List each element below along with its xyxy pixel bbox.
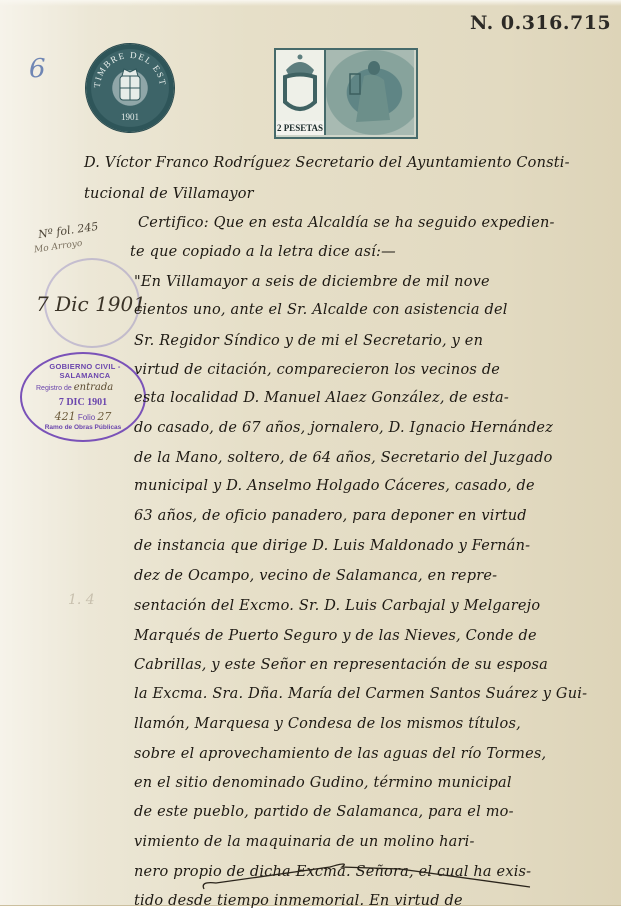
margin-reference: Nº fol. 245	[37, 220, 99, 241]
text-line: Sr. Regidor Síndico y de mi el Secretari…	[134, 333, 483, 349]
state-seal-icon: TIMBRE DEL ESTADO 1901	[86, 44, 174, 132]
text-line: Cabrillas, y este Señor en representació…	[134, 657, 548, 673]
text-line: llamón, Marquesa y Condesa de los mismos…	[134, 716, 521, 732]
pencil-folio-number: 6	[29, 54, 46, 84]
signature-flourish-icon	[200, 855, 560, 895]
text-line: tido desde tiempo inmemorial. En virtud …	[134, 893, 463, 909]
text-line: cientos uno, ante el Sr. Alcalde con asi…	[134, 302, 508, 318]
text-line: te que copiado a la letra dice así:—	[130, 244, 396, 260]
text-line: sobre el aprovechamiento de las aguas de…	[134, 746, 546, 762]
document-page: 6 N. 0.316.715 TIMBRE DEL ESTADO 1901 2 …	[0, 0, 621, 906]
text-line: do casado, de 67 años, jornalero, D. Ign…	[134, 420, 553, 436]
text-line: 63 años, de oficio panadero, para depone…	[134, 508, 527, 524]
paper-edge	[0, 0, 621, 6]
text-line: de la Mano, soltero, de 64 años, Secreta…	[134, 450, 553, 466]
seated-figure-icon	[326, 50, 414, 135]
registry-line: Registro de entrada	[30, 382, 146, 393]
text-line: virtud de citación, comparecieron los ve…	[134, 362, 500, 378]
revenue-stamp: 2 PESETAS	[274, 48, 418, 139]
registry-date: 7 DIC 1901	[22, 397, 144, 408]
text-line: de instancia que dirige D. Luis Maldonad…	[134, 538, 530, 554]
text-line: esta localidad D. Manuel Alaez González,…	[134, 390, 509, 406]
text-line: sentación del Excmo. Sr. D. Luis Carbaja…	[134, 598, 540, 614]
registry-label: Registro de	[36, 385, 72, 392]
registry-number: 421	[55, 410, 76, 423]
text-line: Marqués de Puerto Seguro y de las Nieves…	[134, 628, 537, 644]
margin-faint-mark: 1. 4	[68, 592, 95, 608]
margin-received-date: 7 Dic 1901	[36, 292, 146, 316]
text-line: D. Víctor Franco Rodríguez Secretario de…	[84, 155, 570, 171]
margin-reference-sub: Mo Arroyo	[34, 239, 83, 256]
text-line: en el sitio denominado Gudino, término m…	[134, 775, 512, 791]
stamp-crest-panel: 2 PESETAS	[276, 50, 326, 135]
text-line: Certifico: Que en esta Alcaldía se ha se…	[138, 215, 555, 231]
registry-folio-number: 27	[97, 410, 111, 423]
serial-number: N. 0.316.715	[470, 12, 611, 34]
crown-shield-icon	[276, 50, 324, 120]
seal-year: 1901	[121, 112, 139, 122]
registry-section: Ramo de Obras Públicas	[22, 424, 144, 431]
registry-folio: 421 Folio 27	[22, 410, 144, 423]
registry-handwritten: entrada	[74, 382, 113, 393]
stamp-value: 2 PESETAS	[276, 121, 324, 135]
text-line: la Excma. Sra. Dña. María del Carmen San…	[134, 686, 587, 702]
text-line: vimiento de la maquinaria de un molino h…	[134, 834, 475, 850]
text-line: "En Villamayor a seis de diciembre de mi…	[134, 274, 490, 290]
text-line: dez de Ocampo, vecino de Salamanca, en r…	[134, 568, 497, 584]
registry-entry-stamp: GOBIERNO CIVIL - SALAMANCA Registro de e…	[20, 352, 146, 442]
registry-folio-label: Folio	[78, 413, 95, 422]
text-line: tucional de Villamayor	[84, 186, 254, 202]
text-line: de este pueblo, partido de Salamanca, pa…	[134, 804, 514, 820]
text-line: municipal y D. Anselmo Holgado Cáceres, …	[134, 478, 535, 494]
registry-header: GOBIERNO CIVIL - SALAMANCA	[30, 362, 140, 380]
